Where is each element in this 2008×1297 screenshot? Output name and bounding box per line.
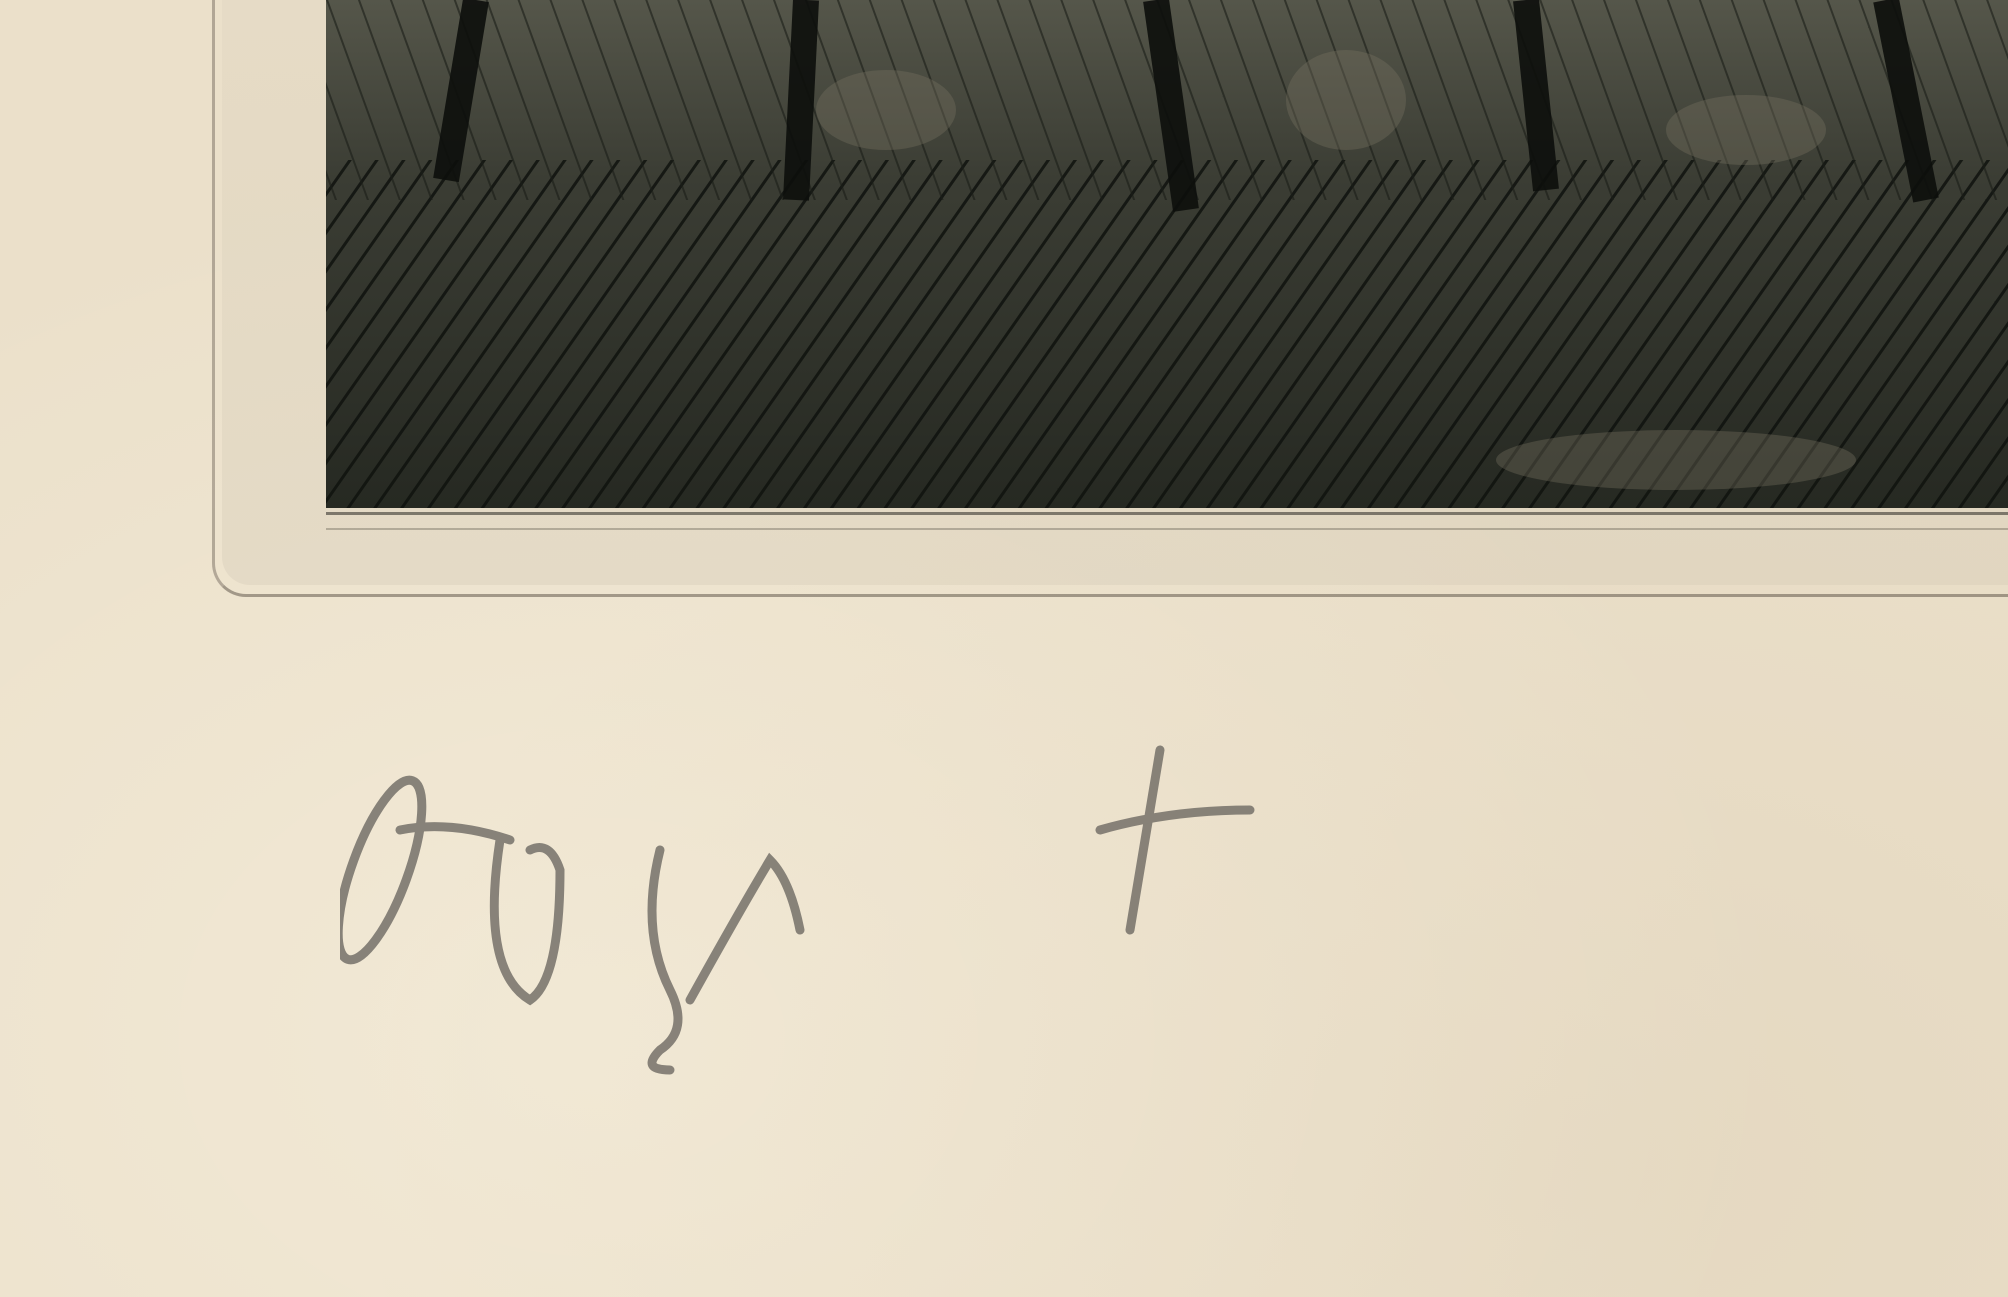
etched-image <box>326 0 2008 508</box>
pencil-signature <box>340 730 1590 1110</box>
hatching-pattern <box>326 0 2008 508</box>
plate-edge-line <box>326 512 2008 515</box>
plate-edge-line-secondary <box>326 528 2008 530</box>
